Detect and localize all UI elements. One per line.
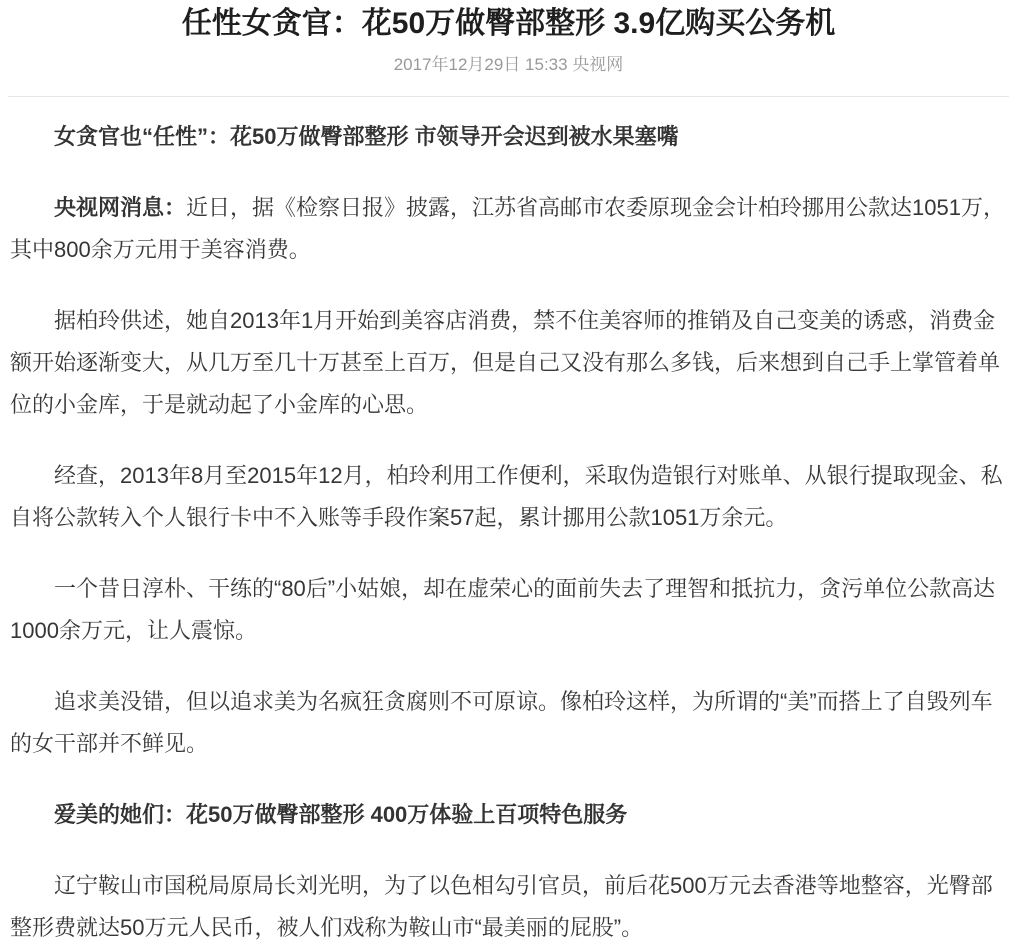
paragraph-4: 一个昔日淳朴、干练的“80后”小姑娘，却在虚荣心的面前失去了理智和抵抗力，贪污单… — [10, 568, 1007, 652]
paragraph-2: 据柏玲供述，她自2013年1月开始到美容店消费，禁不住美容师的推销及自己变美的诱… — [10, 300, 1007, 426]
paragraph-1: 央视网消息：近日，据《检察日报》披露，江苏省高邮市农委原现金会计柏玲挪用公款达1… — [10, 187, 1007, 271]
subheading-1: 女贪官也“任性”：花50万做臀部整形 市领导开会迟到被水果塞嘴 — [10, 116, 1007, 158]
article-body: 女贪官也“任性”：花50万做臀部整形 市领导开会迟到被水果塞嘴 央视网消息：近日… — [0, 116, 1017, 949]
article-title: 任性女贪官：花50万做臀部整形 3.9亿购买公务机 — [0, 0, 1017, 42]
paragraph-3: 经查，2013年8月至2015年12月，柏玲利用工作便利，采取伪造银行对账单、从… — [10, 455, 1007, 539]
paragraph-5: 追求美没错，但以追求美为名疯狂贪腐则不可原谅。像柏玲这样，为所谓的“美”而搭上了… — [10, 681, 1007, 765]
paragraph-1-lead: 央视网消息： — [54, 195, 186, 220]
subheading-2: 爱美的她们：花50万做臀部整形 400万体验上百项特色服务 — [10, 794, 1007, 836]
article-page: 任性女贪官：花50万做臀部整形 3.9亿购买公务机 2017年12月29日 15… — [0, 0, 1017, 949]
divider-line — [8, 96, 1009, 97]
article-meta: 2017年12月29日 15:33 央视网 — [0, 54, 1017, 76]
paragraph-6: 辽宁鞍山市国税局原局长刘光明，为了以色相勾引官员，前后花500万元去香港等地整容… — [10, 865, 1007, 949]
